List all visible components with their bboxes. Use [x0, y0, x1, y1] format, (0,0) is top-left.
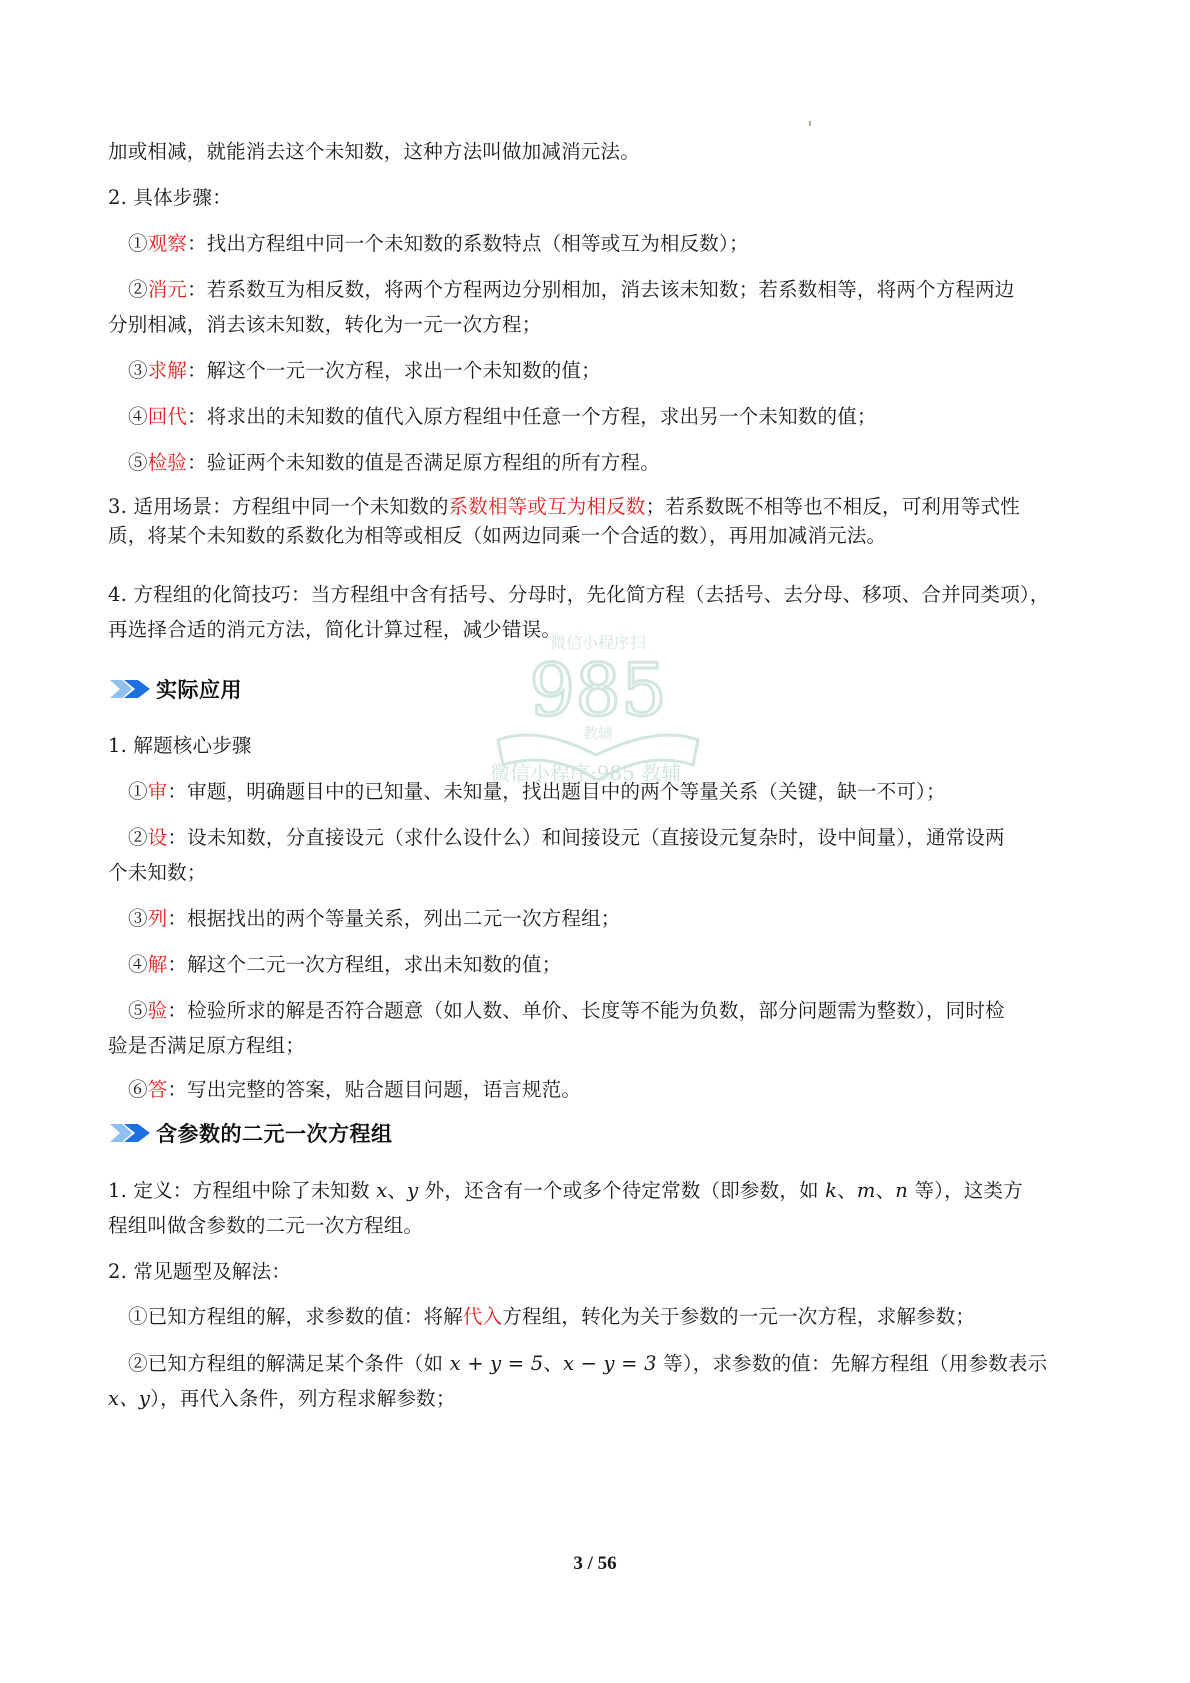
app-step-solve: ④解：解这个二元一次方程组，求出未知数的值； [128, 951, 561, 979]
app-step-check-cont: 验是否满足原方程组； [108, 1032, 305, 1060]
scenario-highlight: 系数相等或互为相反数 [449, 495, 646, 518]
step-solve: ③求解：解这个一元一次方程，求出一个未知数的值； [128, 357, 601, 385]
step-eliminate-cont: 分别相减，消去该未知数，转化为一元一次方程； [108, 311, 541, 339]
page-number: 3 / 56 [0, 1553, 1190, 1575]
definition-paragraph: 1. 定义：方程组中除了未知数 x、y 外，还含有一个或多个待定常数（即参数，如… [108, 1177, 1023, 1205]
app-step-set: ②设：设未知数，分直接设元（求什么设什么）和间接设元（直接设元复杂时，设中间量）… [128, 824, 1005, 852]
section-heading-parameter: 含参数的二元一次方程组 [110, 1117, 393, 1149]
type-known-solution: ①已知方程组的解，求参数的值：将解代入方程组，转化为关于参数的一元一次方程，求解… [128, 1303, 975, 1331]
document-page: 微信小程序扫 985 教辅 微信小程序:985 教辅 加或相减，就能消去这个未知… [0, 0, 1190, 1683]
type-condition-cont: x、y），再代入条件，列方程求解参数； [108, 1385, 456, 1413]
double-chevron-icon [110, 678, 152, 700]
application-subheading: 1. 解题核心步骤 [108, 732, 252, 760]
section-title: 实际应用 [156, 674, 242, 704]
simplify-paragraph-cont: 再选择合适的消元方法，简化计算过程，减少错误。 [108, 616, 561, 644]
svg-text:985: 985 [529, 648, 666, 732]
definition-paragraph-cont: 程组叫做含参数的二元一次方程组。 [108, 1212, 423, 1240]
simplify-paragraph: 4. 方程组的化简技巧：当方程组中含有括号、分母时，先化简方程（去括号、去分母、… [108, 581, 1050, 609]
step-key: 求解 [148, 359, 187, 382]
scenario-paragraph-cont: 质，将某个未知数的系数化为相等或相反（如两边同乘一个合适的数），再用加减消元法。 [108, 522, 886, 550]
app-step-set-cont: 个未知数； [108, 859, 207, 887]
app-step-review: ①审：审题，明确题目中的已知量、未知量，找出题目中的两个等量关系（关键，缺一不可… [128, 778, 946, 806]
step-key: 消元 [148, 278, 187, 301]
app-step-list: ③列：根据找出的两个等量关系，列出二元一次方程组； [128, 905, 621, 933]
paragraph-continuation: 加或相减，就能消去这个未知数，这种方法叫做加减消元法。 [108, 138, 640, 166]
app-step-answer: ⑥答：写出完整的答案，贴合题目问题，语言规范。 [128, 1076, 581, 1104]
type-condition: ②已知方程组的解满足某个条件（如 x + y = 5、x − y = 3 等），… [128, 1350, 1047, 1378]
step-key: 回代 [148, 405, 187, 428]
scan-artifact [809, 121, 811, 126]
svg-text:教辅: 教辅 [583, 724, 613, 742]
section-heading-application: 实际应用 [110, 673, 242, 705]
app-step-check: ⑤验：检验所求的解是否符合题意（如人数、单价、长度等不能为负数，部分问题需为整数… [128, 997, 1005, 1025]
section-title: 含参数的二元一次方程组 [156, 1118, 393, 1148]
double-chevron-icon [110, 1122, 152, 1144]
scenario-paragraph: 3. 适用场景：方程组中同一个未知数的系数相等或互为相反数；若系数既不相等也不相… [108, 493, 1020, 521]
steps-heading: 2. 具体步骤： [108, 184, 232, 212]
step-key: 检验 [148, 451, 187, 474]
type-highlight: 代入 [463, 1305, 502, 1328]
step-eliminate: ②消元：若系数互为相反数，将两个方程两边分别相加，消去该未知数；若系数相等，将两… [128, 276, 1015, 304]
svg-text:微信小程序扫: 微信小程序扫 [550, 633, 646, 652]
step-verify: ⑤检验：验证两个未知数的值是否满足原方程组的所有方程。 [128, 449, 660, 477]
step-backsubstitute: ④回代：将求出的未知数的值代入原方程组中任意一个方程，求出另一个未知数的值； [128, 403, 877, 431]
step-key: 观察 [148, 232, 187, 255]
types-heading: 2. 常见题型及解法： [108, 1258, 291, 1286]
step-observe: ①观察：找出方程组中同一个未知数的系数特点（相等或互为相反数）； [128, 230, 749, 258]
